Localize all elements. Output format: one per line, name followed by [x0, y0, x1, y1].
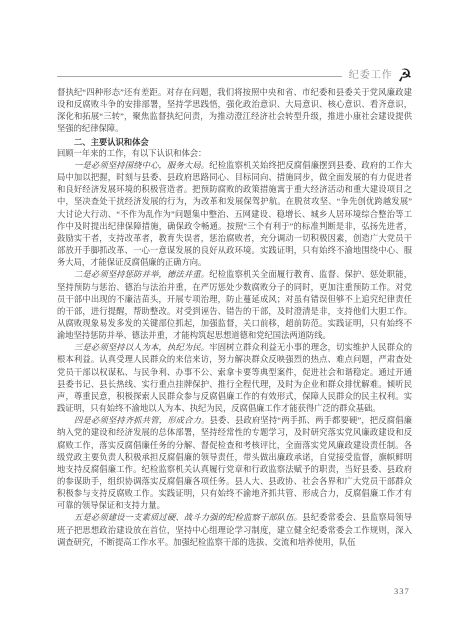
point-paragraph-2: 二是必须坚持惩防并举，德法并重。纪检监察机关全面履行教育、监督、保护、惩处职能，… [57, 269, 412, 342]
point-paragraph-5: 五是必须建设一支素质过硬、战斗力强的纪检监察干部队伍。县纪委常委会、县监察局领导… [57, 512, 412, 548]
point-lead-2: 二是必须坚持惩防并举，德法并重。 [74, 270, 209, 279]
point-lead-5: 五是必须建设一支素质过硬、战斗力强的纪检监察干部队伍。 [74, 513, 302, 522]
header-rule [57, 76, 342, 77]
point-body-3: 牢固树立群众利益无小事的理念，切实维护人民群众的根本利益。认真受理人民群众的来信… [57, 343, 412, 413]
header-section-label: 纪委工作 [349, 71, 393, 81]
point-lead-3: 三是必须坚持以人为本，执纪为民。 [74, 343, 209, 352]
party-emblem-icon: ☭ [396, 67, 413, 86]
running-header: 纪委工作 ☭ [57, 66, 412, 86]
point-paragraph-4: 四是必须坚持齐抓共管，形成合力。县委、县政府坚持“两手抓、两手都要硬”，把反腐倡… [57, 415, 412, 512]
section-heading: 二、主要认识和体会 [57, 136, 412, 148]
point-body-1: 纪检监察机关始终把反腐倡廉摆到县委、政府的工作大局中加以把握，时刻与县委、县政府… [57, 161, 412, 267]
page-number: 337 [394, 586, 410, 596]
point-lead-1: 一是必须坚持围绕中心，服务大局。 [74, 161, 209, 170]
book-page: 纪委工作 ☭ 督执纪“四种形态”还有差距。对存在问题，我们将按照中央和省、市纪委… [0, 0, 468, 640]
point-paragraph-1: 一是必须坚持围绕中心，服务大局。纪检监察机关始终把反腐倡廉摆到县委、政府的工作大… [57, 160, 412, 269]
point-body-2: 纪检监察机关全面履行教育、监督、保护、惩处职能，坚持预防与惩治、德治与法治并重，… [57, 270, 412, 340]
point-lead-4: 四是必须坚持齐抓共管，形成合力。 [74, 416, 210, 425]
continuation-paragraph: 督执纪“四种形态”还有差距。对存在问题，我们将按照中央和省、市纪委和县委关于党风… [57, 87, 412, 136]
point-paragraph-3: 三是必须坚持以人为本，执纪为民。牢固树立群众利益无小事的理念，切实维护人民群众的… [57, 342, 412, 415]
page-body: 督执纪“四种形态”还有差距。对存在问题，我们将按照中央和省、市纪委和县委关于党风… [57, 87, 412, 549]
point-body-4: 县委、县政府坚持“两手抓、两手都要硬”，把反腐倡廉纳入党的建设和经济发展的总体部… [57, 416, 412, 510]
lead-sentence: 回顾一年来的工作，有以下认识和体会： [57, 148, 412, 160]
